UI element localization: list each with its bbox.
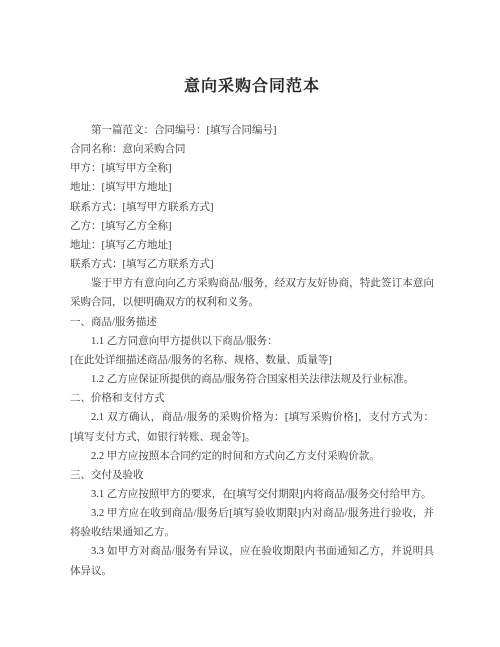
paragraph: 地址：[填写乙方地址] xyxy=(70,236,434,255)
paragraph: 联系方式：[填写甲方联系方式] xyxy=(70,198,434,217)
document-body: 第一篇范文：合同编号：[填写合同编号]合同名称：意向采购合同甲方：[填写甲方全称… xyxy=(70,121,434,581)
contract-document-page: 意向采购合同范本 第一篇范文：合同编号：[填写合同编号]合同名称：意向采购合同甲… xyxy=(0,0,500,647)
paragraph: 二、价格和支付方式 xyxy=(70,389,434,408)
paragraph: 三、交付及验收 xyxy=(70,466,434,485)
document-title: 意向采购合同范本 xyxy=(70,76,434,98)
paragraph: 联系方式：[填写乙方联系方式] xyxy=(70,255,434,274)
paragraph: 乙方：[填写乙方全称] xyxy=(70,217,434,236)
paragraph: 2.1 双方确认，商品/服务的采购价格为：[填写采购价格]，支付方式为：[填写支… xyxy=(70,408,434,446)
paragraph: 地址：[填写甲方地址] xyxy=(70,178,434,197)
paragraph: 鉴于甲方有意向向乙方采购商品/服务，经双方友好协商，特此签订本意向采购合同，以便… xyxy=(70,274,434,312)
paragraph: 1.1 乙方同意向甲方提供以下商品/服务： xyxy=(70,332,434,351)
paragraph: 3.3 如甲方对商品/服务有异议，应在验收期限内书面通知乙方，并说明具体异议。 xyxy=(70,542,434,580)
paragraph: [在此处详细描述商品/服务的名称、规格、数量、质量等] xyxy=(70,351,434,370)
paragraph: 3.2 甲方应在收到商品/服务后[填写验收期限]内对商品/服务进行验收，并将验收… xyxy=(70,504,434,542)
paragraph: 一、商品/服务描述 xyxy=(70,313,434,332)
paragraph: 3.1 乙方应按照甲方的要求，在[填写交付期限]内将商品/服务交付给甲方。 xyxy=(70,485,434,504)
paragraph: 1.2 乙方应保证所提供的商品/服务符合国家相关法律法规及行业标准。 xyxy=(70,370,434,389)
paragraph: 甲方：[填写甲方全称] xyxy=(70,159,434,178)
paragraph: 第一篇范文：合同编号：[填写合同编号] xyxy=(70,121,434,140)
paragraph: 合同名称：意向采购合同 xyxy=(70,140,434,159)
paragraph: 2.2 甲方应按照本合同约定的时间和方式向乙方支付采购价款。 xyxy=(70,447,434,466)
